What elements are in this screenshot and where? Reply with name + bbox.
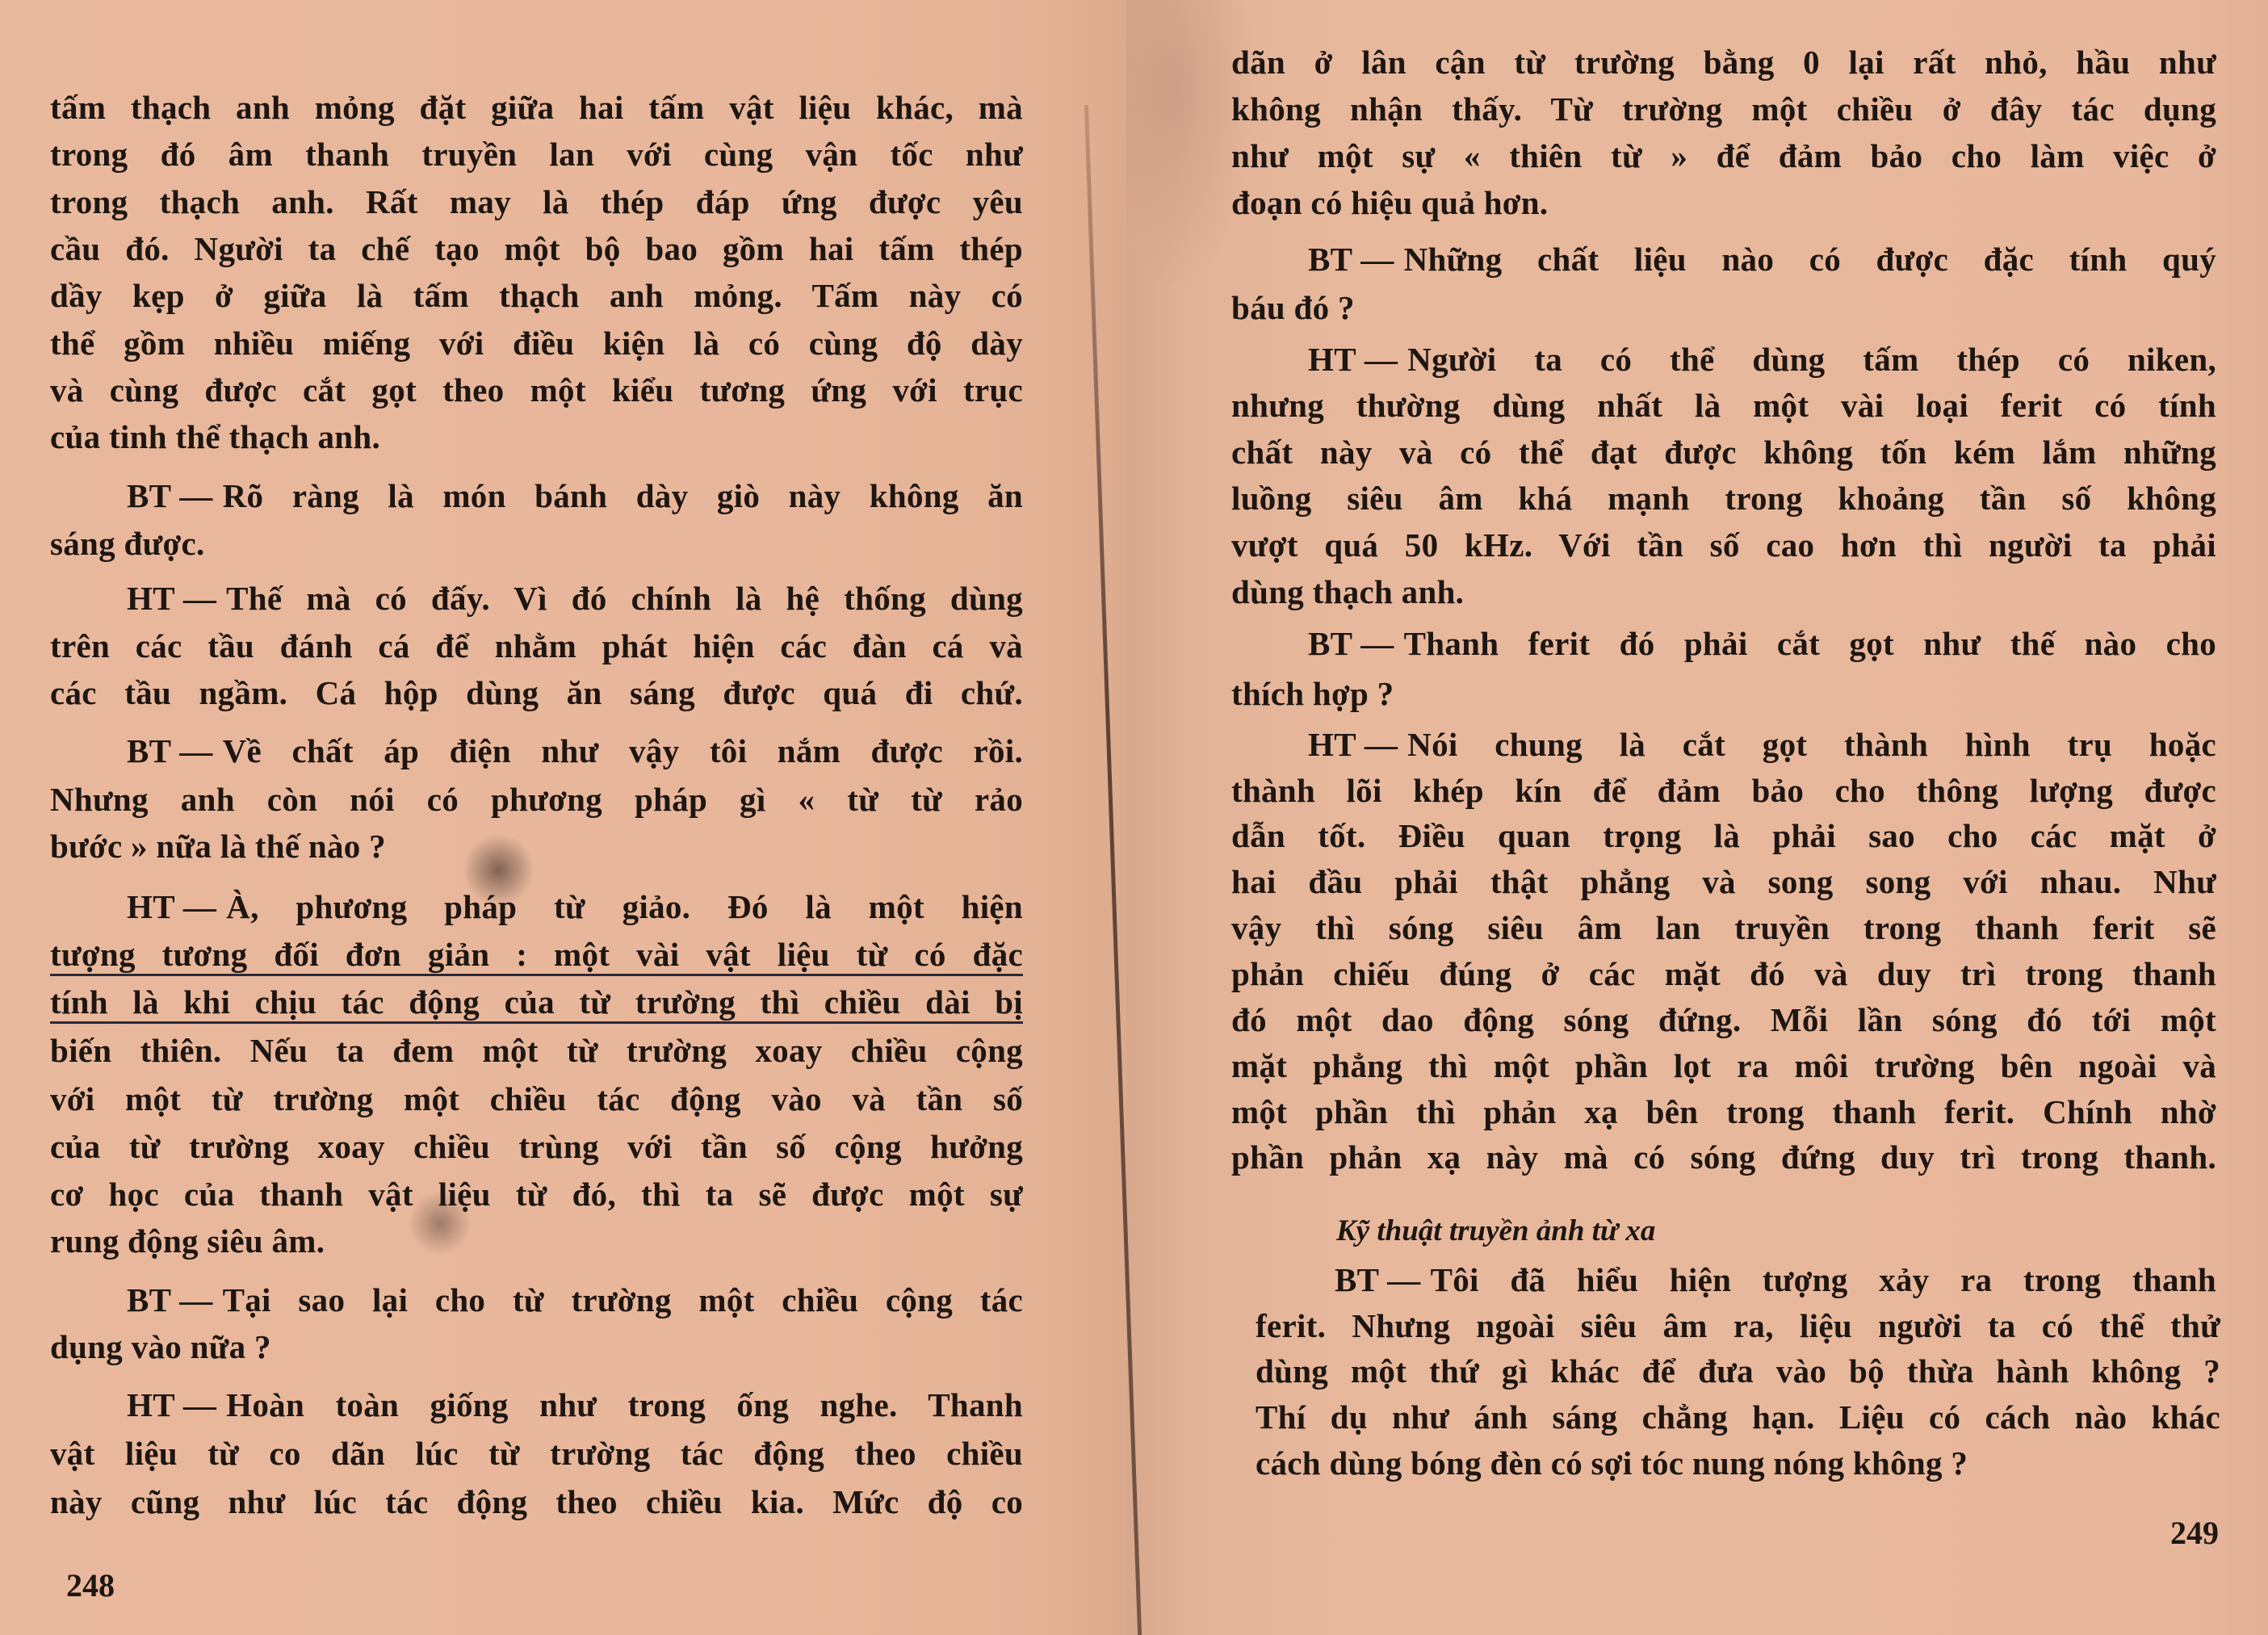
dialogue-dash: — — [179, 477, 212, 514]
text-line: chất này và có thể đạt được không tốn ké… — [1231, 432, 2216, 472]
speaker-label: BT — [1308, 241, 1352, 278]
dialogue-dash: — — [183, 888, 216, 925]
dialogue-line: HT—Thế mà có đấy. Vì đó chính là hệ thốn… — [50, 578, 1023, 618]
speaker-label: HT — [1308, 726, 1356, 763]
dialogue-dash: — — [179, 1281, 212, 1318]
text-line: luồng siêu âm khá mạnh trong khoảng tần … — [1231, 478, 2216, 518]
dialogue-dash: — — [1365, 726, 1398, 763]
text-line: thích hợp ? — [1231, 673, 2216, 714]
speaker-label: BT — [127, 1281, 171, 1318]
text-line: biến thiên. Nếu ta đem một từ trường xoa… — [50, 1030, 1023, 1071]
speaker-label: HT — [127, 580, 175, 617]
dialogue-text: Hoàn toàn giống như trong ống nghe. Than… — [226, 1386, 1023, 1423]
text-line: dụng vào nữa ? — [50, 1327, 1023, 1367]
text-line: cầu đó. Người ta chế tạo một bộ bao gồm … — [50, 228, 1023, 269]
text-line: đó một dao động sóng đứng. Mỗi lần sóng … — [1231, 1000, 2216, 1040]
dialogue-dash: — — [1360, 241, 1394, 278]
text-line: dãn ở lân cận từ trường bằng 0 lại rất n… — [1231, 42, 2216, 82]
text-line: vậy thì sóng siêu âm lan truyền trong th… — [1231, 908, 2216, 948]
dialogue-line: BT—Thanh ferit đó phải cắt gọt như thế n… — [1231, 623, 2216, 664]
speaker-label: HT — [127, 888, 175, 925]
text-line: dẫn tốt. Điều quan trọng là phải sao cho… — [1231, 815, 2216, 856]
section-heading: Kỹ thuật truyền ảnh từ xa — [1336, 1213, 1655, 1250]
text-line: thể gồm nhiều miếng với điều kiện là có … — [50, 323, 1023, 363]
text-line: trong thạch anh. Rất may là thép đáp ứng… — [50, 182, 1023, 222]
text-line: dầy kẹp ở giữa là tấm thạch anh mỏng. Tấ… — [50, 275, 1023, 316]
dialogue-line: HT—Người ta có thể dùng tấm thép có nike… — [1231, 339, 2216, 379]
dialogue-text: Thanh ferit đó phải cắt gọt như thế nào … — [1404, 625, 2216, 662]
speaker-label: HT — [1308, 341, 1356, 378]
text-line: sáng được. — [50, 523, 1023, 564]
speaker-label: HT — [127, 1386, 175, 1423]
dialogue-text: Người ta có thể dùng tấm thép có niken, — [1407, 341, 2216, 378]
text-line: mặt phẳng thì một phần lọt ra môi trường… — [1231, 1046, 2216, 1086]
page-number-right: 249 — [2170, 1514, 2219, 1552]
text-line: này cũng như lúc tác động theo chiều kia… — [50, 1482, 1023, 1522]
page-number-left: 248 — [66, 1566, 115, 1604]
text-line: một phần thì phản xạ bên trong thanh fer… — [1231, 1092, 2216, 1132]
text-line: dùng một thứ gì khác để đưa vào bộ thừa … — [1256, 1351, 2220, 1391]
dialogue-line: HT—Nói chung là cắt gọt thành hình trụ h… — [1231, 724, 2216, 765]
text-line: cách dùng bóng đèn có sợi tóc nung nóng … — [1256, 1443, 2220, 1483]
dialogue-dash: — — [1387, 1261, 1420, 1298]
dialogue-text: Nói chung là cắt gọt thành hình trụ hoặc — [1407, 726, 2216, 763]
text-line: nhưng thường dùng nhất là một vài loại f… — [1231, 385, 2216, 426]
dialogue-line: BT—Về chất áp điện như vậy tôi nắm được … — [50, 731, 1023, 771]
text-line: dùng thạch anh. — [1231, 572, 2216, 612]
dialogue-line: BT—Rõ ràng là món bánh dày giò này không… — [50, 476, 1023, 516]
dialogue-line: HT—À, phương pháp từ giảo. Đó là một hiệ… — [50, 887, 1023, 927]
dialogue-line: BT—Tại sao lại cho từ trường một chiều c… — [50, 1280, 1023, 1320]
dialogue-dash: — — [179, 732, 212, 769]
text-line: rung động siêu âm. — [50, 1221, 1023, 1261]
text-line: của từ trường xoay chiều trùng với tần s… — [50, 1126, 1023, 1167]
text-line: Nhưng anh còn nói có phương pháp gì « từ… — [50, 779, 1023, 820]
dialogue-text: Tại sao lại cho từ trường một chiều cộng… — [223, 1281, 1023, 1318]
underlined-text-line: tượng tương đối đơn giản : một vài vật l… — [50, 934, 1023, 975]
text-line: Thí dụ như ánh sáng chẳng hạn. Liệu có c… — [1256, 1397, 2220, 1437]
text-line: phần phản xạ này mà có sóng đứng duy trì… — [1231, 1137, 2216, 1177]
dialogue-text: Rõ ràng là món bánh dày giò này không ăn — [223, 477, 1023, 514]
dialogue-dash: — — [1365, 341, 1398, 378]
text-line: bước » nữa là thế nào ? — [50, 826, 1023, 866]
speaker-label: BT — [1308, 625, 1352, 662]
speaker-label: BT — [1335, 1261, 1379, 1298]
text-line: cơ học của thanh vật liệu từ đó, thì ta … — [50, 1174, 1023, 1214]
text-line: và cùng được cắt gọt theo một kiểu tương… — [50, 370, 1023, 410]
text-line: hai đầu phải thật phẳng và song song với… — [1231, 862, 2216, 902]
dialogue-text: Thế mà có đấy. Vì đó chính là hệ thống d… — [226, 580, 1023, 617]
dialogue-text: Tôi đã hiểu hiện tượng xảy ra trong than… — [1431, 1261, 2216, 1298]
text-line: với một từ trường một chiều tác động vào… — [50, 1079, 1023, 1119]
text-line: phản chiếu đúng ở các mặt đó và duy trì … — [1231, 954, 2216, 994]
dialogue-line: BT—Những chất liệu nào có được đặc tính … — [1231, 239, 2216, 279]
text-line: báu đó ? — [1231, 287, 2216, 328]
text-line: ferit. Nhưng ngoài siêu âm ra, liệu ngườ… — [1256, 1306, 2220, 1346]
dialogue-line: BT—Tôi đã hiểu hiện tượng xảy ra trong t… — [1231, 1260, 2216, 1300]
speaker-label: BT — [127, 477, 171, 514]
dialogue-text: Những chất liệu nào có được đặc tính quý — [1404, 241, 2216, 278]
text-line: đoạn có hiệu quả hơn. — [1231, 182, 2216, 223]
text-line: tấm thạch anh mỏng đặt giữa hai tấm vật … — [50, 87, 1023, 128]
dialogue-line: HT—Hoàn toàn giống như trong ống nghe. T… — [50, 1385, 1023, 1425]
text-line: không nhận thấy. Từ trường một chiều ở đ… — [1231, 89, 2216, 129]
text-line: vật liệu từ co dãn lúc từ trường tác độn… — [50, 1433, 1023, 1474]
dialogue-text: À, phương pháp từ giảo. Đó là một hiện — [226, 888, 1023, 925]
text-line: trên các tầu đánh cá để nhằm phát hiện c… — [50, 626, 1023, 666]
speaker-label: BT — [127, 732, 171, 769]
dialogue-text: Về chất áp điện như vậy tôi nắm được rồi… — [223, 732, 1023, 769]
text-line: của tinh thể thạch anh. — [50, 417, 1023, 457]
text-line: như một sự « thiên từ » để đảm bảo cho l… — [1231, 136, 2216, 176]
dialogue-dash: — — [183, 1386, 216, 1423]
text-line: vượt quá 50 kHz. Với tần số cao hơn thì … — [1231, 525, 2216, 565]
text-line: các tầu ngầm. Cá hộp dùng ăn sáng được q… — [50, 673, 1023, 713]
underlined-text-line: tính là khi chịu tác động của từ trường … — [50, 982, 1023, 1022]
dialogue-dash: — — [183, 580, 216, 617]
text-line: thành lõi khép kín để đảm bảo cho thông … — [1231, 770, 2216, 811]
dialogue-dash: — — [1360, 625, 1394, 662]
text-line: trong đó âm thanh truyền lan với cùng vậ… — [50, 134, 1023, 174]
